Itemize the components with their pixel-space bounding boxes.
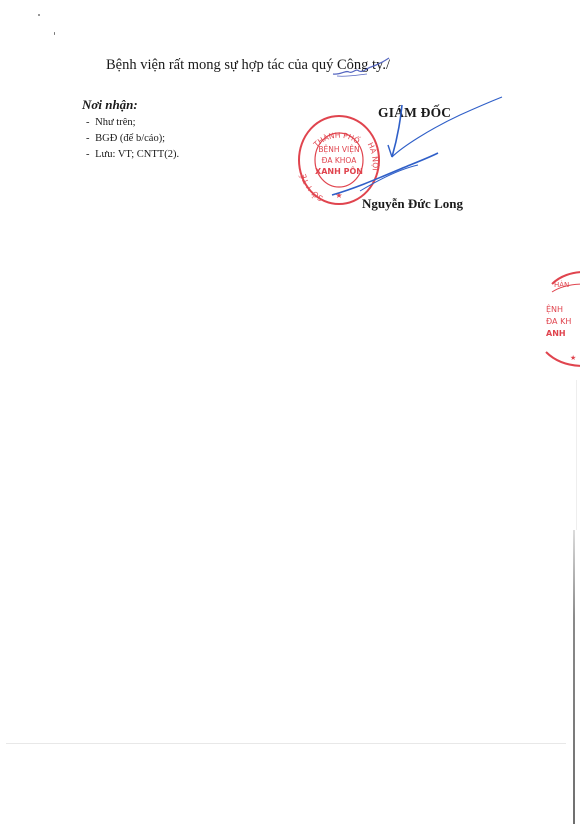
partial-stamp-fragment: HÀN ỆNH ĐA KH ANH ★ [540,262,580,372]
initials-signature [331,56,391,78]
recipient-item: BGĐ (để b/cáo); [86,131,179,147]
signer-name: Nguyễn Đức Long [362,196,463,212]
fragment-line-0: HÀN [554,280,569,289]
scan-speck [38,14,40,16]
handwritten-signature [330,95,505,205]
fragment-line-3: ANH [546,329,566,338]
scan-line-vertical [573,530,575,824]
fragment-line-2: ĐA KH [546,317,571,326]
scan-line-faint [576,380,577,530]
scan-line-horizontal [6,743,566,744]
fragment-line-1: ỆNH [546,303,563,315]
recipients-title: Nơi nhận: [82,97,179,113]
recipients-block: Nơi nhận: Như trên; BGĐ (để b/cáo); Lưu:… [82,97,179,163]
recipient-item: Như trên; [86,115,179,131]
recipients-list: Như trên; BGĐ (để b/cáo); Lưu: VT; CNTT(… [82,115,179,163]
recipient-item: Lưu: VT; CNTT(2). [86,147,179,163]
fragment-star-icon: ★ [570,354,576,362]
scan-speck [54,32,55,35]
